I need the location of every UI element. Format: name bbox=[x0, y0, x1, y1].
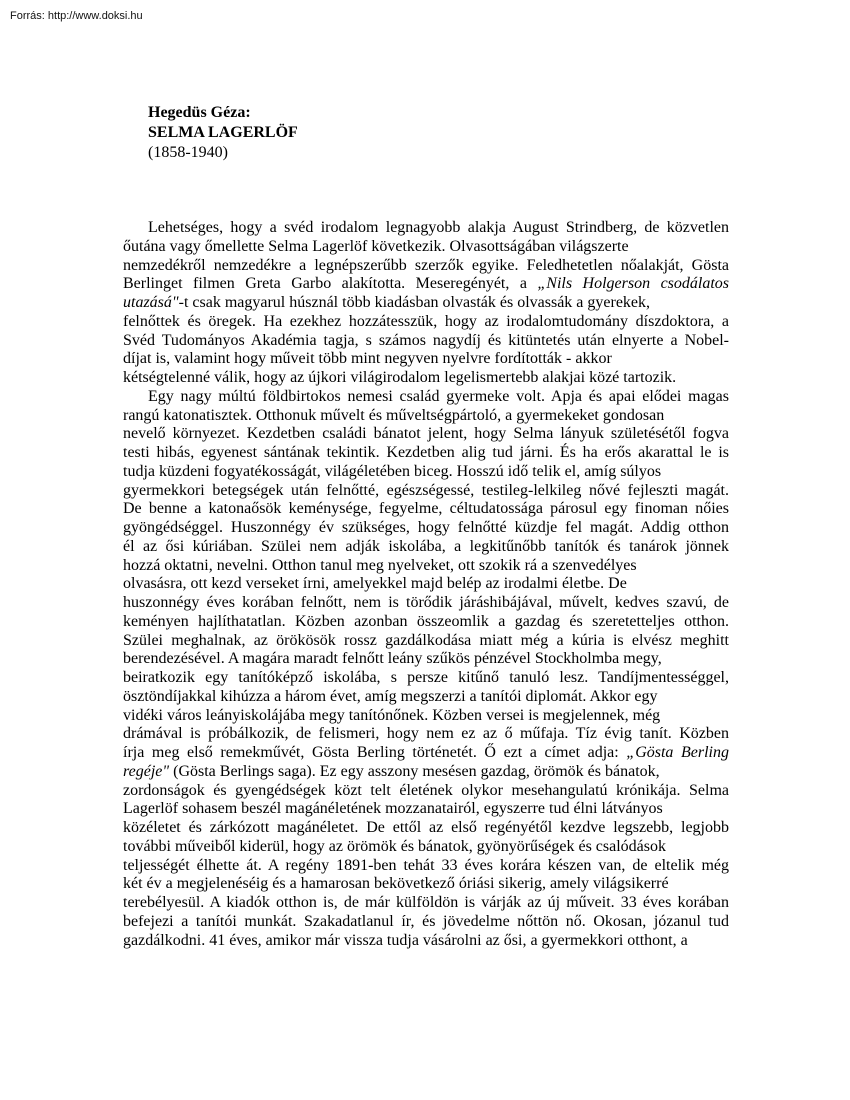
text-line: terebélyesül. A kiadók otthon is, de már… bbox=[123, 894, 729, 913]
text-line: kétségtelenné válik, hogy az újkori vilá… bbox=[123, 369, 729, 388]
text-line: nevelő környezet. Kezdetben családi bána… bbox=[123, 425, 729, 444]
text-line: befejezi a tanítói munkát. Szakadatlanul… bbox=[123, 913, 729, 932]
text-line: Egy nagy múltú földbirtokos nemesi csalá… bbox=[123, 388, 729, 407]
text-line: drámával is próbálkozik, de felismeri, h… bbox=[123, 725, 729, 744]
text-line: további műveiből kiderül, hogy az örömök… bbox=[123, 838, 729, 857]
italic-title: „Nils Holgerson csodálatos bbox=[537, 275, 729, 292]
text-line: huszonnégy éves korában felnőtt, nem is … bbox=[123, 594, 729, 613]
text-line: zordonságok és gyengédségek közt telt él… bbox=[123, 782, 729, 801]
text-line: Berlinget filmen Greta Garbo alakította.… bbox=[123, 275, 729, 294]
italic-title: regéje" bbox=[123, 763, 169, 780]
author-name: Hegedüs Géza: bbox=[148, 103, 298, 123]
italic-title: utazásá" bbox=[123, 294, 179, 311]
text-line: felnőttek és öregek. Ha ezekhez hozzátes… bbox=[123, 313, 729, 332]
text-line: rangú katonatisztek. Otthonuk művelt és … bbox=[123, 407, 729, 426]
text-line: gyöngédséggel. Huszonnégy év szükséges, … bbox=[123, 519, 729, 538]
text-line: írja meg első remekművét, Gösta Berling … bbox=[123, 744, 729, 763]
text-line: beiratkozik egy tanítóképző iskolába, s … bbox=[123, 669, 729, 688]
document-title: SELMA LAGERLÖF bbox=[148, 123, 298, 143]
text-line: regéje" (Gösta Berlings saga). Ez egy as… bbox=[123, 763, 729, 782]
text-line: Szülei meghalnak, az örökösök rossz gazd… bbox=[123, 632, 729, 651]
text-line: őutána vagy őmellette Selma Lagerlöf köv… bbox=[123, 238, 729, 257]
text-line: teljességét élhette át. A regény 1891-be… bbox=[123, 857, 729, 876]
text-line: Lehetséges, hogy a svéd irodalom legnagy… bbox=[123, 219, 729, 238]
text-line: ösztöndíjakkal kihúzza a három évet, amí… bbox=[123, 688, 729, 707]
document-header: Hegedüs Géza: SELMA LAGERLÖF (1858-1940) bbox=[148, 103, 298, 163]
text-line: berendezésével. A magára maradt felnőtt … bbox=[123, 650, 729, 669]
text-line: vidéki város leányiskolájába megy tanító… bbox=[123, 707, 729, 726]
text-line: él az ősi kúriában. Szülei nem adják isk… bbox=[123, 538, 729, 557]
text-line: két év a megjelenéséig és a hamarosan be… bbox=[123, 875, 729, 894]
text-line: keményen hajlíthatatlan. Közben azonban … bbox=[123, 613, 729, 632]
text-line: Svéd Tudományos Akadémia tagja, s számos… bbox=[123, 332, 729, 351]
text-line: De benne a katonaősök keménysége, fegyel… bbox=[123, 500, 729, 519]
text-line: közéletet és zárkózott magánéletet. De e… bbox=[123, 819, 729, 838]
text-line: testi hibás, egyenest sántának tekintik.… bbox=[123, 444, 729, 463]
text-line: nemzedékről nemzedékre a legnépszerűbb s… bbox=[123, 257, 729, 276]
text-line: utazásá"-t csak magyarul húsznál több ki… bbox=[123, 294, 729, 313]
italic-title: „Gösta Berling bbox=[626, 744, 729, 761]
text-line: díjat is, valamint hogy műveit több mint… bbox=[123, 350, 729, 369]
text-line: hozzá oktatni, nevelni. Otthon tanul meg… bbox=[123, 557, 729, 576]
text-line: gyermekkori betegségek után felnőtté, eg… bbox=[123, 482, 729, 501]
life-years: (1858-1940) bbox=[148, 143, 298, 163]
text-line: tudja küzdeni fogyatékosságát, világélet… bbox=[123, 463, 729, 482]
text-line: gazdálkodni. 41 éves, amikor már vissza … bbox=[123, 932, 729, 951]
document-body: Lehetséges, hogy a svéd irodalom legnagy… bbox=[123, 219, 729, 950]
text-line: olvasásra, ott kezd verseket írni, amely… bbox=[123, 575, 729, 594]
text-line: Lagerlöf sohasem beszél magánéletének mo… bbox=[123, 800, 729, 819]
source-attribution: Forrás: http://www.doksi.hu bbox=[10, 10, 143, 22]
